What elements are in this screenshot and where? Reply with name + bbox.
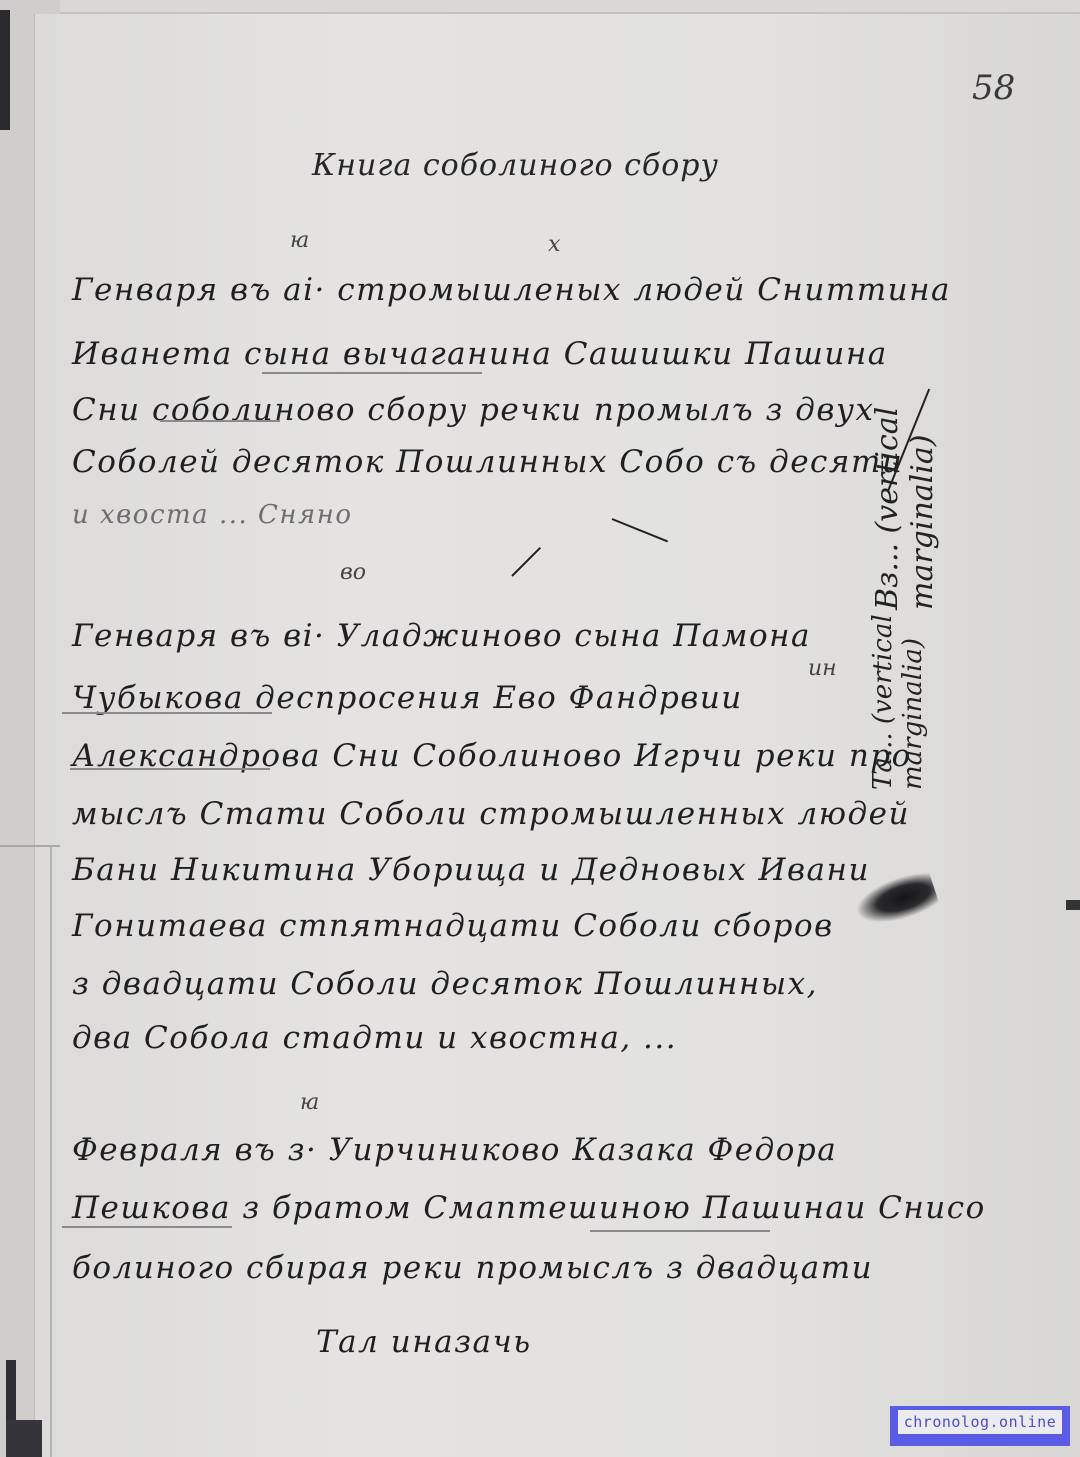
folio-number: 58 [972,68,1015,108]
entry-2-line-1: Генваря въ ві· Уладжиново сына Памона [72,618,811,654]
entry-2-line-6: Гонитаева стпятнадцати Соболи сборов [72,908,834,944]
underline [62,1226,232,1228]
entry-3-line-3: болиного сбирая реки промыслъ з двадцати [72,1250,873,1286]
entry-2-line-2: Чубыкова деспросения Ево Фандрвии [72,680,743,716]
paper-fold-vertical [50,846,52,1457]
entry-2-line-5: Бани Никитина Уборища и Дедновых Ивани [72,852,870,888]
entry-2-line-4: мыслъ Стати Соболи стромышленных людей [72,796,910,832]
underline [62,712,272,714]
underline [160,420,280,422]
entry-3-line-1: Февраля въ з· Уирчиниково Казака Федора [72,1132,837,1168]
right-edge-mark [1066,900,1080,910]
entry-2-marker: во [340,560,366,585]
entry-1-line-2: Иванета сына вычаганина Сашишки Пашина [72,336,888,372]
left-bleed-ink [0,10,10,130]
entry-1-marker: ꙗ [290,228,309,253]
underline [70,768,270,770]
entry-3-line-4: Тал иназачь [316,1324,532,1360]
left-bleed-letter [2,1360,40,1457]
underline [262,372,482,374]
entry-1-superscript: х [548,232,560,257]
underline [590,1230,770,1232]
entry-2-superscript: ин [808,656,837,681]
entry-3-line-2: Пешкова з братом Смаптешиною Пашинаи Сни… [72,1190,986,1226]
entry-1-line-5: и хвоста ... Сняно [72,500,353,530]
entry-3-marker: ꙗ [300,1090,319,1115]
page-title: Книга соболиного сбору [312,148,719,183]
entry-1-line-1: Генваря въ аі· стромышленых людей Снитти… [72,272,951,308]
margin-note-2: Та... (vertical marginalia) [868,578,928,790]
watermark-text: chronolog.online [898,1410,1062,1434]
entry-2-line-8: два Собола стадти и хвостна, ... [72,1020,677,1056]
entry-1-line-3: Сни соболиново сбору речки промылъ з дву… [72,392,874,428]
entry-1-line-4: Соболей десяток Пошлинных Собо съ десяти [72,444,903,480]
entry-2-line-7: з двадцати Соболи десяток Пошлинных, [72,966,818,1002]
watermark-badge: chronolog.online [890,1406,1070,1446]
